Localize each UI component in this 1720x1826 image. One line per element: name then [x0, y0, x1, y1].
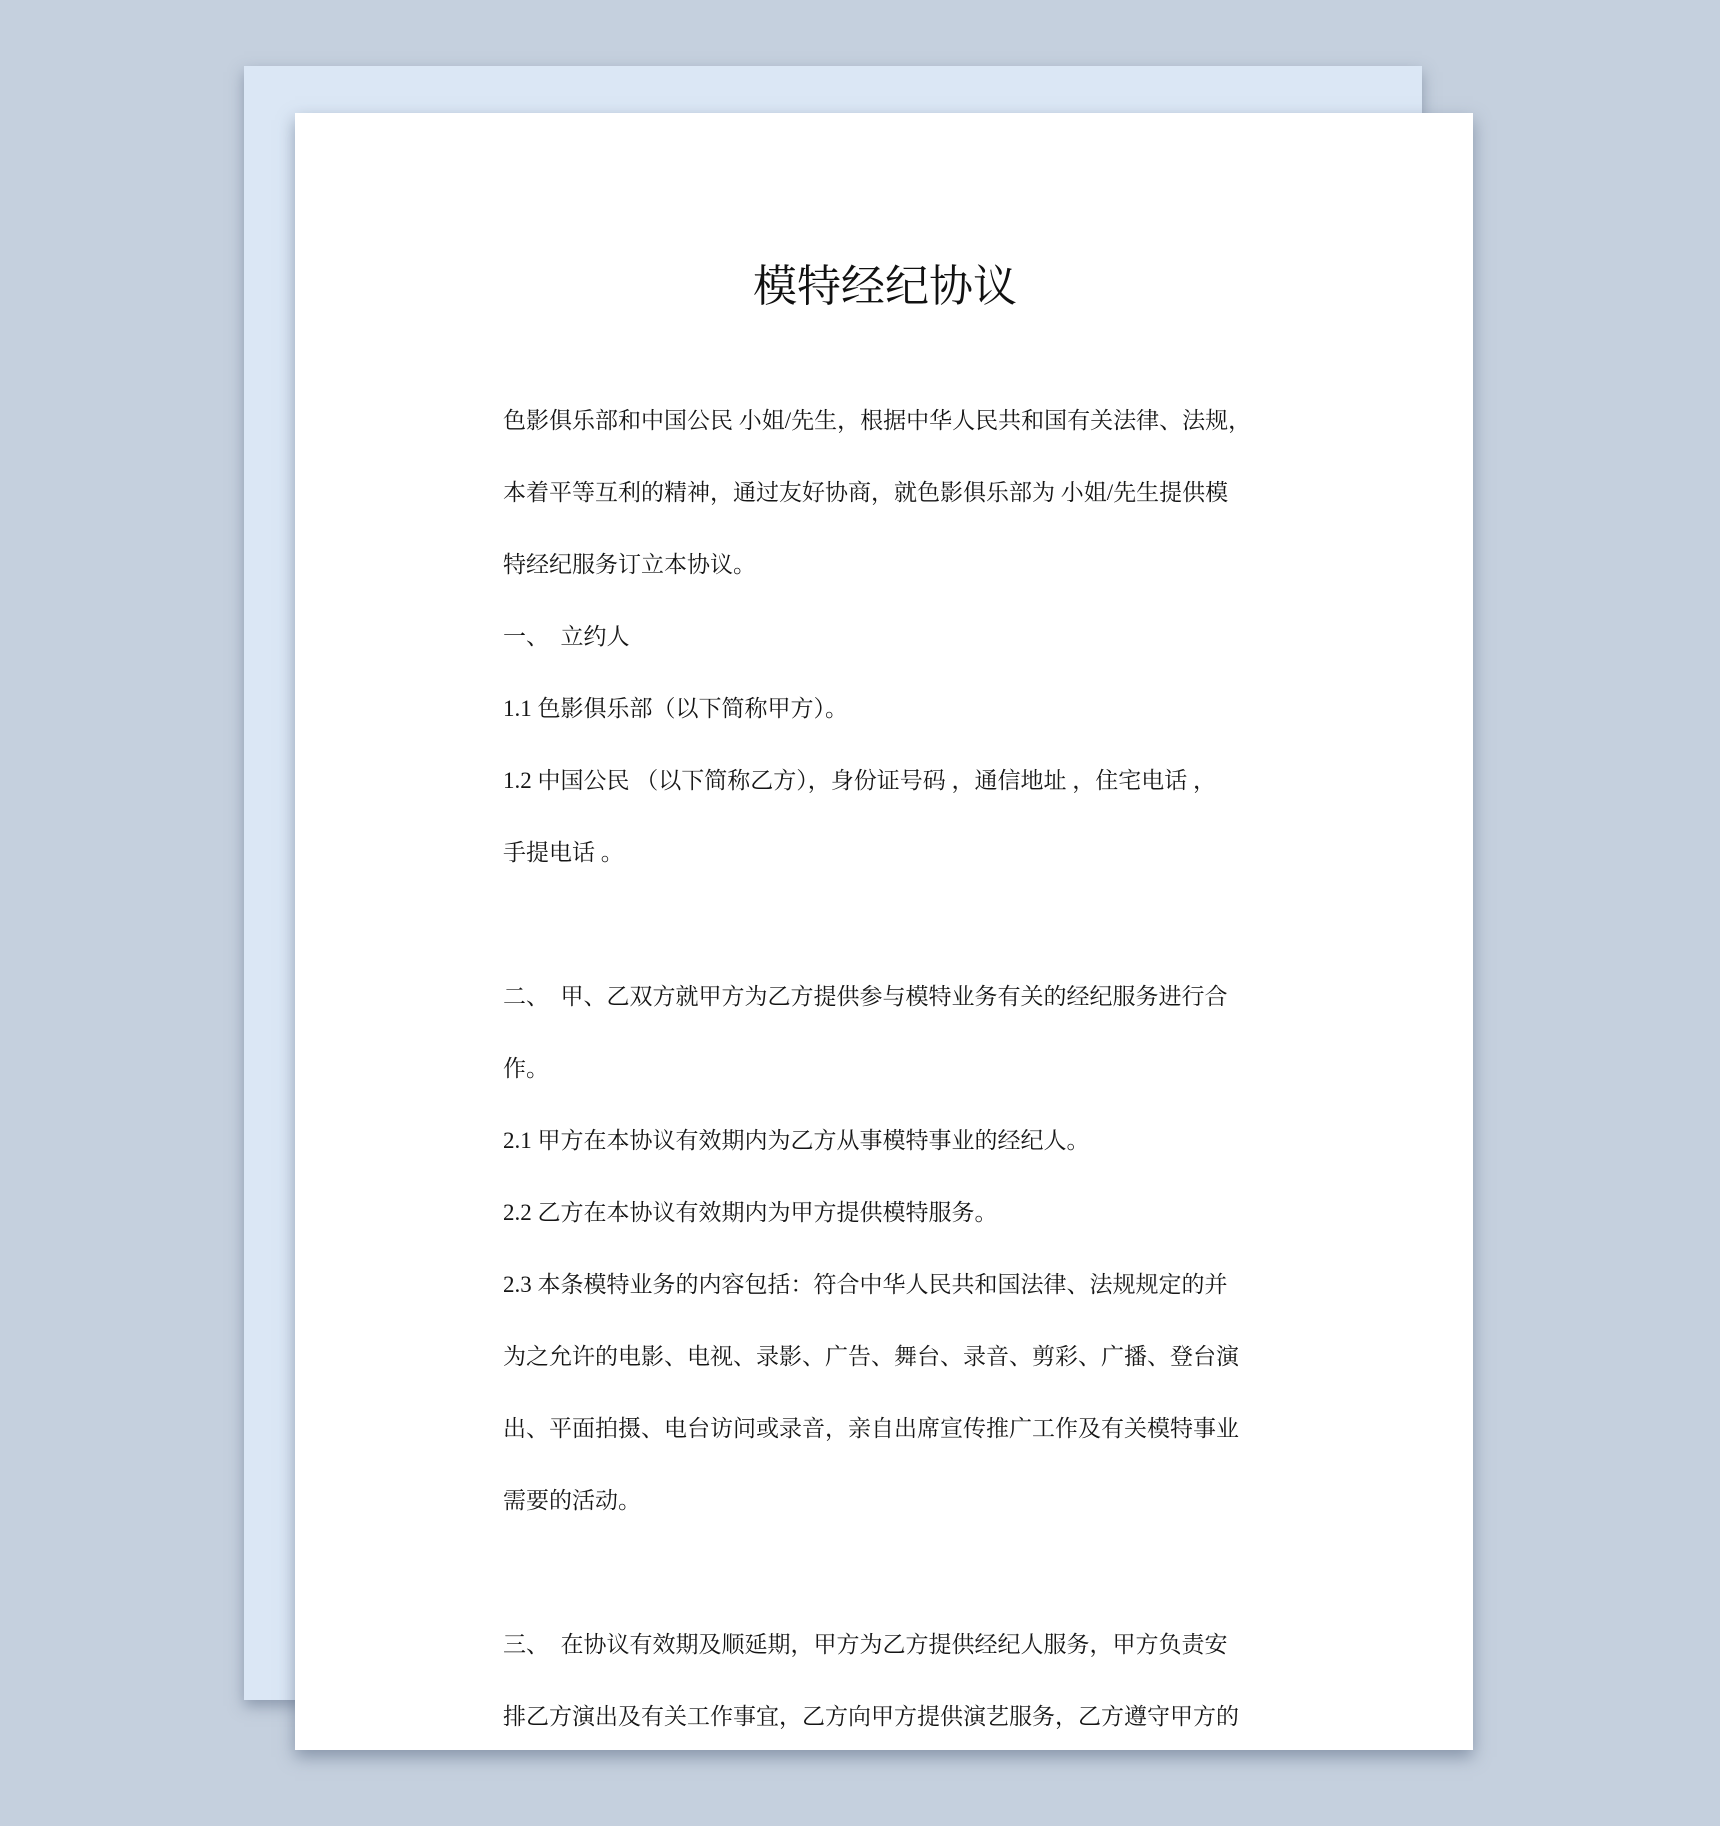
doc-line: 需要的活动。 [503, 1465, 1267, 1537]
document-body: 色影俱乐部和中国公民 小姐/先生，根据中华人民共和国有关法律、法规， 本着平等互… [503, 385, 1267, 1753]
doc-line: 排乙方演出及有关工作事宜，乙方向甲方提供演艺服务，乙方遵守甲方的 [503, 1681, 1267, 1753]
doc-line: 特经纪服务订立本协议。 [503, 529, 1267, 601]
doc-line: 作。 [503, 1033, 1267, 1105]
doc-line: 一、 立约人 [503, 601, 1267, 673]
doc-line: 2.2 乙方在本协议有效期内为甲方提供模特服务。 [503, 1177, 1267, 1249]
document-canvas: 模特经纪协议 色影俱乐部和中国公民 小姐/先生，根据中华人民共和国有关法律、法规… [0, 0, 1720, 1826]
doc-line: 手提电话 。 [503, 817, 1267, 889]
doc-line-blank [503, 1537, 1267, 1609]
document-title: 模特经纪协议 [503, 258, 1267, 316]
doc-line: 本着平等互利的精神，通过友好协商，就色影俱乐部为 小姐/先生提供模 [503, 457, 1267, 529]
doc-line: 为之允许的电影、电视、录影、广告、舞台、录音、剪彩、广播、登台演 [503, 1321, 1267, 1393]
doc-line: 2.3 本条模特业务的内容包括：符合中华人民共和国法律、法规规定的并 [503, 1249, 1267, 1321]
doc-line: 色影俱乐部和中国公民 小姐/先生，根据中华人民共和国有关法律、法规， [503, 385, 1267, 457]
doc-line: 二、 甲、乙双方就甲方为乙方提供参与模特业务有关的经纪服务进行合 [503, 961, 1267, 1033]
doc-line: 出、平面拍摄、电台访问或录音，亲自出席宣传推广工作及有关模特事业 [503, 1393, 1267, 1465]
doc-line: 2.1 甲方在本协议有效期内为乙方从事模特事业的经纪人。 [503, 1105, 1267, 1177]
doc-line: 三、 在协议有效期及顺延期，甲方为乙方提供经纪人服务，甲方负责安 [503, 1609, 1267, 1681]
doc-line-blank [503, 889, 1267, 961]
document-page: 模特经纪协议 色影俱乐部和中国公民 小姐/先生，根据中华人民共和国有关法律、法规… [295, 113, 1473, 1750]
doc-line: 1.2 中国公民 （以下简称乙方），身份证号码 ，通信地址 ，住宅电话 ， [503, 745, 1267, 817]
doc-line: 1.1 色影俱乐部（以下简称甲方）。 [503, 673, 1267, 745]
